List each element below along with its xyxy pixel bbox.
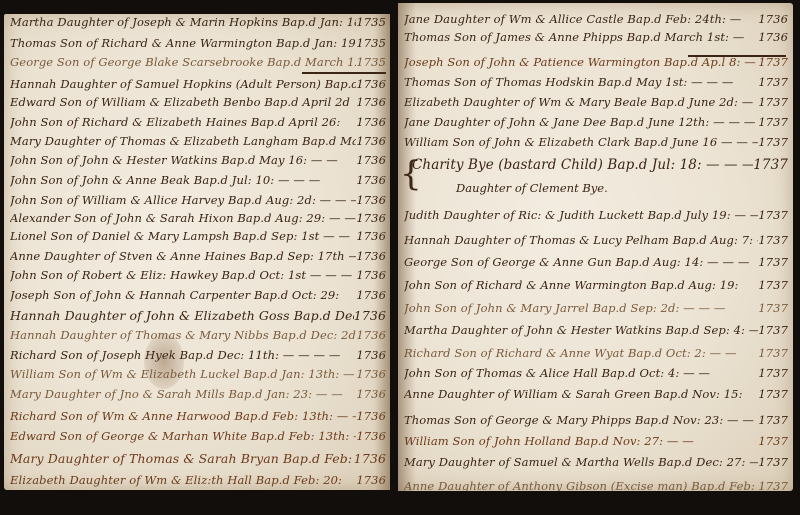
entry-year: 1737: [758, 387, 788, 401]
entry-text: Joseph Son of John & Patience Warmington…: [404, 55, 758, 69]
entry-text: Jane Daughter of Wm & Allice Castle Bap.…: [404, 12, 758, 26]
entry-year: 1737: [758, 455, 788, 469]
entry-text: Edward Son of George & Marhan White Bap.…: [10, 429, 356, 443]
baptism-entry: Elizabeth Daughter of Wm & Mary Beale Ba…: [404, 95, 788, 109]
entry-year: 1737: [758, 75, 788, 89]
entry-year: 1736: [758, 12, 788, 26]
entry-text: Judith Daughter of Ric: & Judith Luckett…: [404, 208, 758, 222]
baptism-entry: Richard Son of Richard & Anne Wyat Bap.d…: [404, 346, 788, 360]
entry-text: Hannah Daughter of Thomas & Mary Nibbs B…: [10, 328, 356, 342]
baptism-entry: William Son of John Holland Bap.d Nov: 2…: [404, 434, 788, 448]
left-page: Martha Daughter of Joseph & Marin Hopkin…: [4, 14, 390, 490]
baptism-entry: Thomas Son of George & Mary Phipps Bap.d…: [404, 413, 788, 427]
entry-text: Anne Daughter of Stven & Anne Haines Bap…: [10, 249, 356, 263]
entry-year: 1737: [758, 55, 788, 69]
baptism-entry: Martha Daughter of John & Hester Watkins…: [404, 323, 788, 337]
baptism-entry: John Son of Thomas & Alice Hall Bap.d Oc…: [404, 366, 788, 380]
baptism-entry: Jane Daughter of John & Jane Dee Bap.d J…: [404, 115, 788, 129]
entry-text: Hannah Daughter of Samuel Hopkins (Adult…: [10, 77, 356, 91]
baptism-entry: Thomas Son of James & Anne Phipps Bap.d …: [404, 30, 788, 44]
baptism-entry: John Son of Richard & Anne Warmington Ba…: [404, 278, 788, 292]
entry-text: Hannah Daughter of John & Elizabeth Goss…: [10, 308, 354, 323]
baptism-entry: Jane Daughter of Wm & Allice Castle Bap.…: [404, 12, 788, 26]
baptism-entry: Hannah Daughter of Samuel Hopkins (Adult…: [10, 77, 386, 91]
baptism-entry: Edward Son of William & Elizabeth Benbo …: [10, 95, 386, 109]
entry-year: 1737: [758, 278, 788, 292]
baptism-entry: Martha Daughter of Joseph & Marin Hopkin…: [10, 15, 386, 29]
baptism-entry: John Son of John & Anne Beak Bap.d Jul: …: [10, 173, 386, 187]
entry-text: Elizabeth Daughter of Wm & Mary Beale Ba…: [404, 95, 758, 109]
entry-year: 1737: [758, 115, 788, 129]
entry-text: George Son of George & Anne Gun Bap.d Au…: [404, 255, 758, 269]
entry-text: Martha Daughter of Joseph & Marin Hopkin…: [10, 15, 356, 29]
entry-text: Hannah Daughter of Thomas & Lucy Pelham …: [404, 233, 758, 247]
baptism-entry: Thomas Son of Richard & Anne Warmington …: [10, 36, 386, 50]
baptism-entry: Richard Son of Wm & Anne Harwood Bap.d F…: [10, 409, 386, 423]
entry-year: 1737: [758, 434, 788, 448]
register-spread: Martha Daughter of Joseph & Marin Hopkin…: [0, 0, 800, 515]
baptism-entry: John Son of William & Allice Harvey Bap.…: [10, 193, 386, 207]
baptism-entry: Mary Daughter of Thomas & Elizabeth Lang…: [10, 134, 386, 148]
entry-text: Thomas Son of George & Mary Phipps Bap.d…: [404, 413, 758, 427]
entry-text: George Son of George Blake Scarsebrooke …: [10, 55, 356, 69]
entry-text: John Son of Robert & Eliz: Hawkey Bap.d …: [10, 268, 356, 282]
entry-year: 1737: [758, 366, 788, 380]
entry-text: John Son of John & Anne Beak Bap.d Jul: …: [10, 173, 356, 187]
baptism-entry: John Son of John & Hester Watkins Bap.d …: [10, 153, 386, 167]
entry-text: Mary Daughter of Jno & Sarah Mills Bap.d…: [10, 387, 356, 401]
entry-text: John Son of William & Allice Harvey Bap.…: [10, 193, 356, 207]
entry-text: Mary Daughter of Thomas & Sarah Bryan Ba…: [10, 451, 354, 466]
entry-text: Richard Son of Richard & Anne Wyat Bap.d…: [404, 346, 758, 360]
gutter-shadow-left: [374, 14, 390, 490]
right-page: { Daughter of Clement Bye. Jane Daughter…: [398, 3, 793, 491]
baptism-entry: Hannah Daughter of John & Elizabeth Goss…: [10, 308, 386, 323]
baptism-entry: George Son of George & Anne Gun Bap.d Au…: [404, 255, 788, 269]
baptism-entry: Hannah Daughter of Thomas & Mary Nibbs B…: [10, 328, 386, 342]
entry-subnote: Daughter of Clement Bye.: [456, 181, 608, 195]
entry-text: Anne Daughter of William & Sarah Green B…: [404, 387, 758, 401]
entry-year: 1737: [758, 346, 788, 360]
entry-text: John Son of Richard & Elizabeth Haines B…: [10, 115, 356, 129]
baptism-entry: John Son of John & Mary Jarrel Bap.d Sep…: [404, 301, 788, 315]
entry-text: Edward Son of William & Elizabeth Benbo …: [10, 95, 356, 109]
entry-text: Lionel Son of Daniel & Mary Lampsh Bap.d…: [10, 229, 356, 243]
entry-text: Anne Daughter of Anthony Gibson (Excise …: [404, 479, 758, 491]
baptism-entry: Mary Daughter of Jno & Sarah Mills Bap.d…: [10, 387, 386, 401]
baptism-entry: Joseph Son of John & Patience Warmington…: [404, 55, 788, 69]
baptism-entry: Charity Bye (bastard Child) Bap.d Jul: 1…: [412, 157, 788, 173]
entry-text: Charity Bye (bastard Child) Bap.d Jul: 1…: [412, 157, 753, 173]
baptism-entry: William Son of Wm & Elizabeth Luckel Bap…: [10, 367, 386, 381]
entry-year: 1737: [758, 255, 788, 269]
entry-text: William Son of John & Elizabeth Clark Ba…: [404, 135, 758, 149]
entry-text: Joseph Son of John & Hannah Carpenter Ba…: [10, 288, 356, 302]
baptism-entry: Anne Daughter of Stven & Anne Haines Bap…: [10, 249, 386, 263]
baptism-entry: John Son of Richard & Elizabeth Haines B…: [10, 115, 386, 129]
entry-year: 1737: [753, 157, 788, 173]
entry-text: Thomas Son of Richard & Anne Warmington …: [10, 36, 356, 50]
baptism-entry: Judith Daughter of Ric: & Judith Luckett…: [404, 208, 788, 222]
gutter-shadow-right: [398, 3, 416, 491]
baptism-entry: Anne Daughter of Anthony Gibson (Excise …: [404, 479, 788, 491]
baptism-entry: Thomas Son of Thomas Hodskin Bap.d May 1…: [404, 75, 788, 89]
baptism-entry: Edward Son of George & Marhan White Bap.…: [10, 429, 386, 443]
entry-text: John Son of Thomas & Alice Hall Bap.d Oc…: [404, 366, 758, 380]
entry-year: 1737: [758, 323, 788, 337]
entry-year: 1737: [758, 479, 788, 491]
entry-text: Thomas Son of James & Anne Phipps Bap.d …: [404, 30, 758, 44]
baptism-entry: Alexander Son of John & Sarah Hixon Bap.…: [10, 211, 386, 225]
entry-year: 1736: [758, 30, 788, 44]
entry-text: Martha Daughter of John & Hester Watkins…: [404, 323, 758, 337]
baptism-entry: Hannah Daughter of Thomas & Lucy Pelham …: [404, 233, 788, 247]
entry-text: John Son of John & Hester Watkins Bap.d …: [10, 153, 356, 167]
entry-text: Thomas Son of Thomas Hodskin Bap.d May 1…: [404, 75, 758, 89]
entry-text: Elizabeth Daughter of Wm & Eliz:th Hall …: [10, 473, 356, 487]
entry-text: Jane Daughter of John & Jane Dee Bap.d J…: [404, 115, 758, 129]
baptism-entry: Elizabeth Daughter of Wm & Eliz:th Hall …: [10, 473, 386, 487]
entry-text: Mary Daughter of Samuel & Martha Wells B…: [404, 455, 758, 469]
entry-text: Richard Son of Joseph Hyek Bap.d Dec: 11…: [10, 348, 356, 362]
entry-year: 1737: [758, 135, 788, 149]
baptism-entry: William Son of John & Elizabeth Clark Ba…: [404, 135, 788, 149]
entry-text: John Son of John & Mary Jarrel Bap.d Sep…: [404, 301, 758, 315]
entry-text: William Son of Wm & Elizabeth Luckel Bap…: [10, 367, 356, 381]
baptism-entry: Mary Daughter of Thomas & Sarah Bryan Ba…: [10, 451, 386, 466]
entry-text: John Son of Richard & Anne Warmington Ba…: [404, 278, 758, 292]
entry-year: 1737: [758, 413, 788, 427]
baptism-entry: Mary Daughter of Samuel & Martha Wells B…: [404, 455, 788, 469]
entry-year: 1737: [758, 233, 788, 247]
entry-text: Alexander Son of John & Sarah Hixon Bap.…: [10, 211, 356, 225]
baptism-entry: George Son of George Blake Scarsebrooke …: [10, 55, 386, 69]
baptism-entry: Anne Daughter of William & Sarah Green B…: [404, 387, 788, 401]
baptism-entry: Lionel Son of Daniel & Mary Lampsh Bap.d…: [10, 229, 386, 243]
entry-text: William Son of John Holland Bap.d Nov: 2…: [404, 434, 758, 448]
entry-text: Richard Son of Wm & Anne Harwood Bap.d F…: [10, 409, 356, 423]
baptism-entry: Richard Son of Joseph Hyek Bap.d Dec: 11…: [10, 348, 386, 362]
entry-year: 1737: [758, 208, 788, 222]
baptism-entry: John Son of Robert & Eliz: Hawkey Bap.d …: [10, 268, 386, 282]
entry-year: 1737: [758, 95, 788, 109]
entry-year: 1737: [758, 301, 788, 315]
entry-text: Mary Daughter of Thomas & Elizabeth Lang…: [10, 134, 356, 148]
baptism-entry: Joseph Son of John & Hannah Carpenter Ba…: [10, 288, 386, 302]
